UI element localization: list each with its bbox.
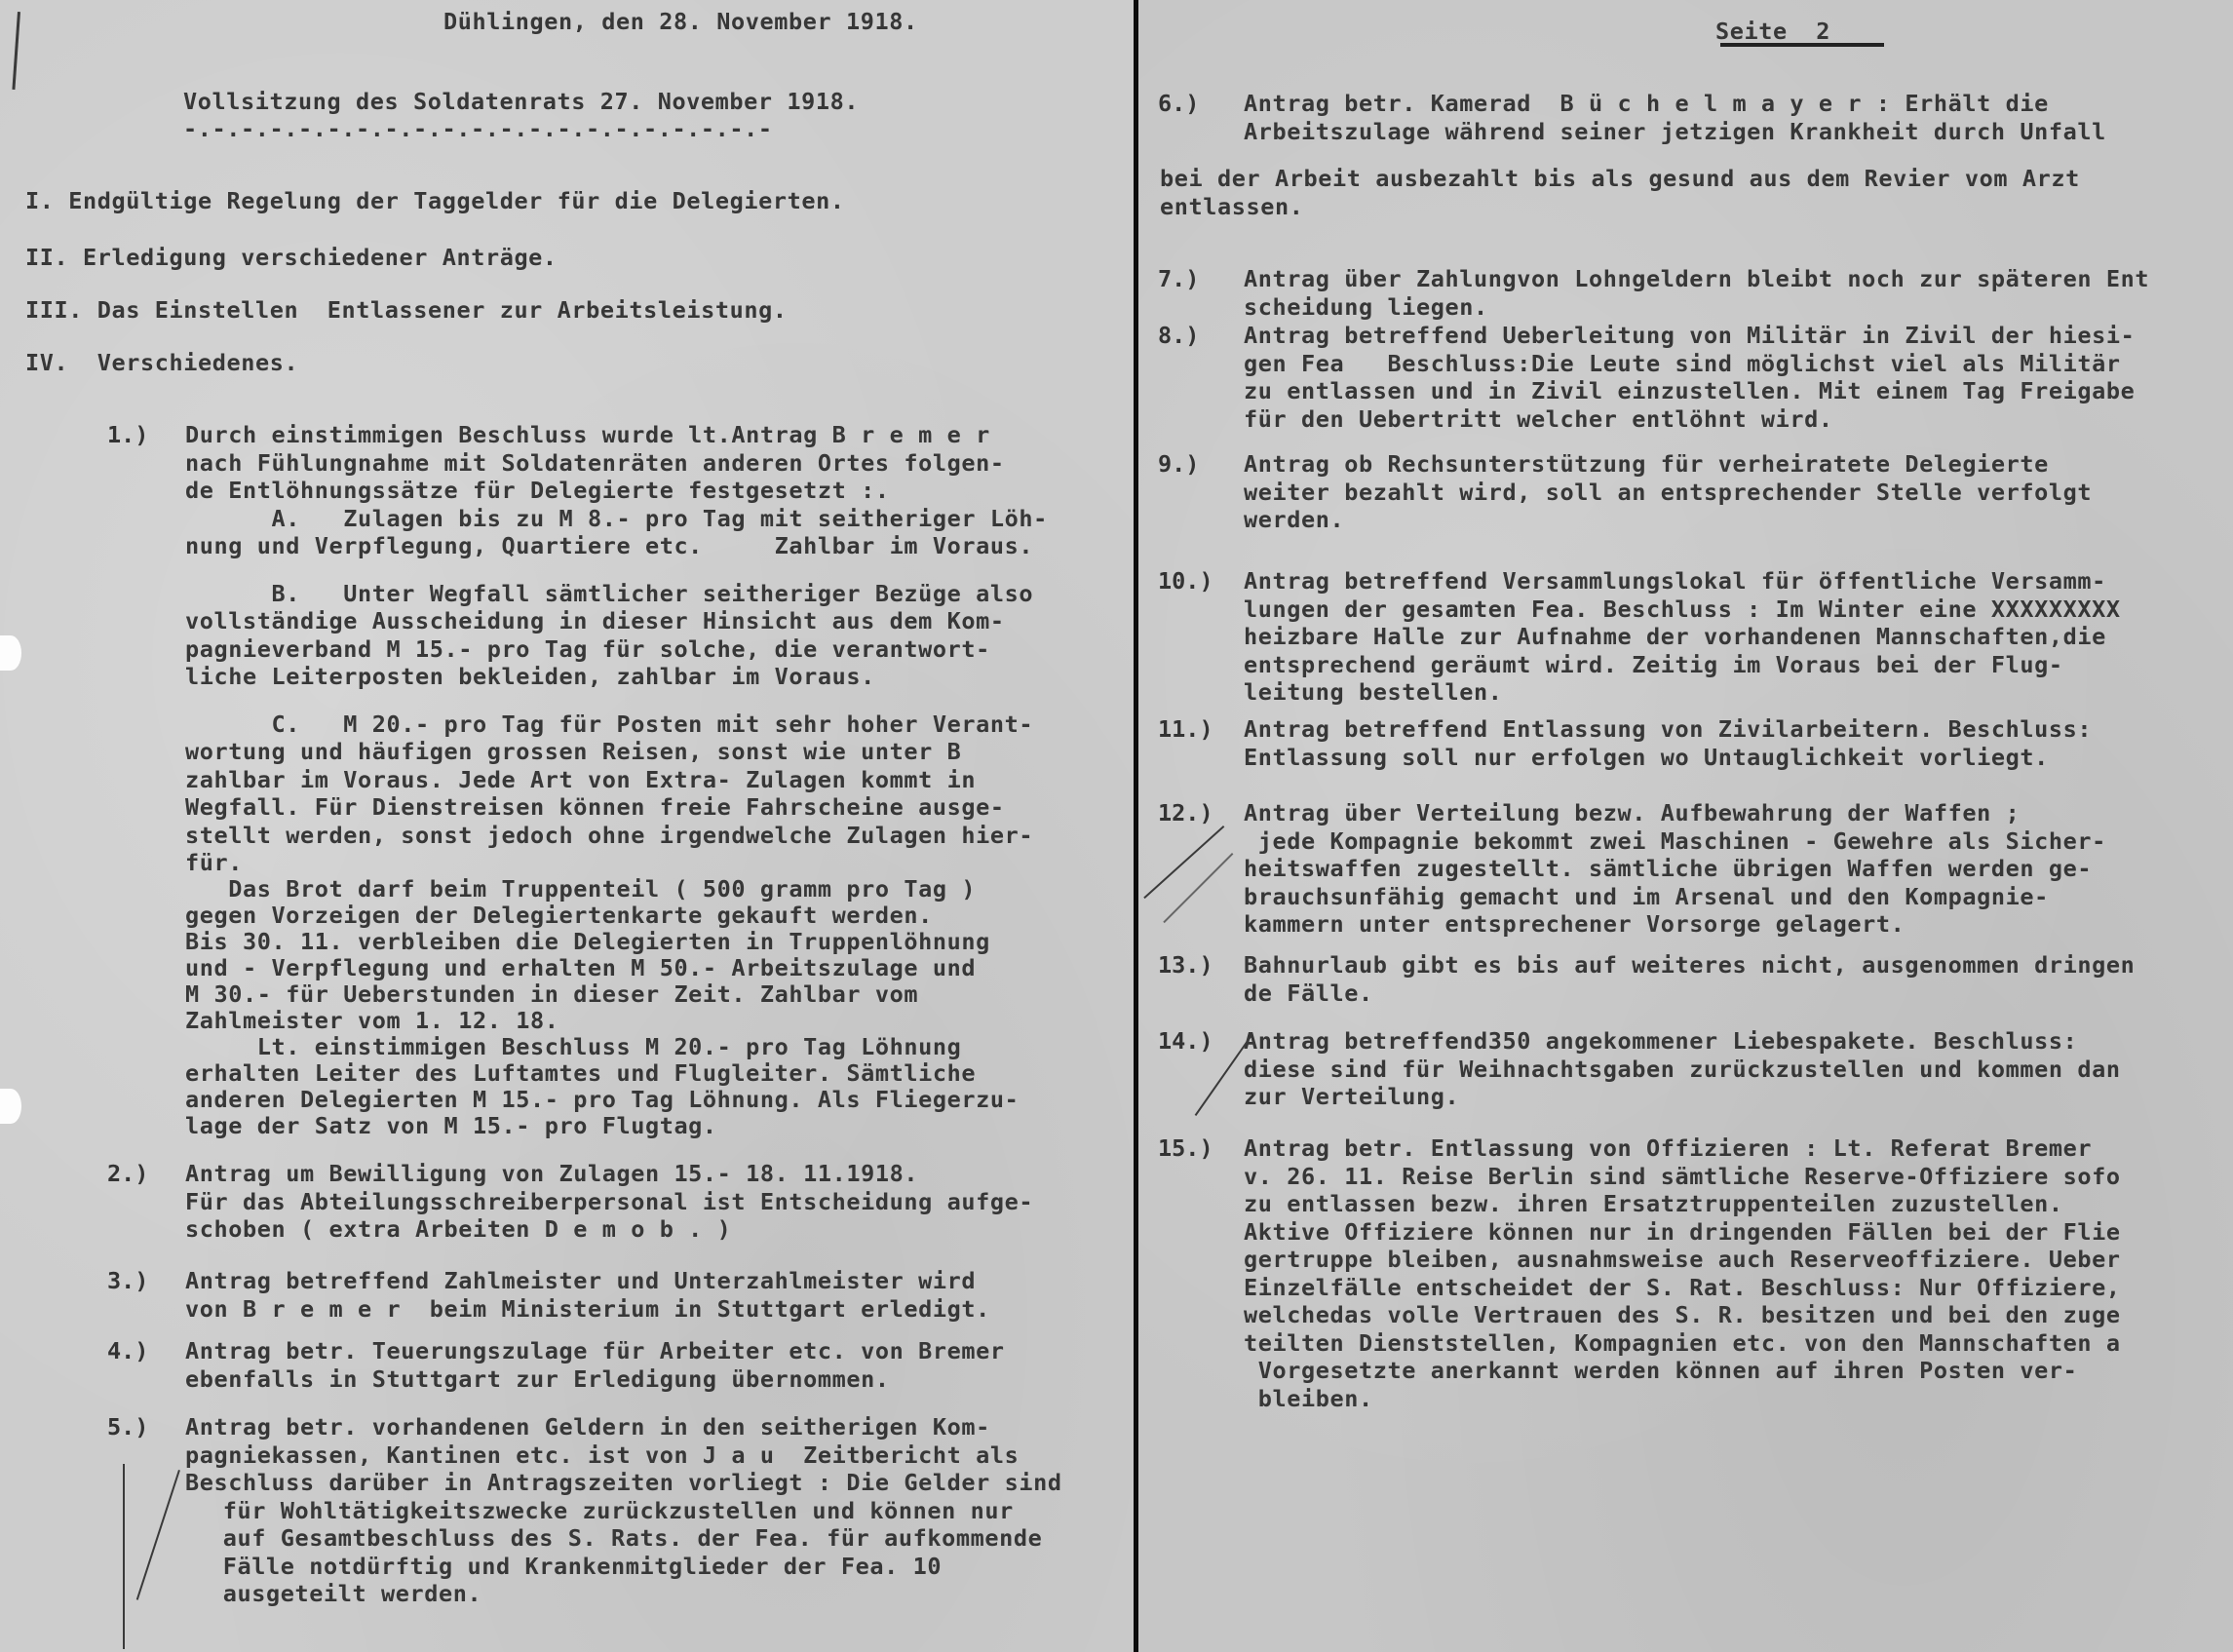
item-text-line: gertruppe bleiben, ausnahmsweise auch Re…: [1244, 1246, 2121, 1273]
item-text-line: gegen Vorzeigen der Delegiertenkarte gek…: [185, 902, 933, 929]
agenda-item: III. Das Einstellen Entlassener zur Arbe…: [25, 296, 788, 324]
item-number: 3.): [107, 1267, 148, 1294]
item-number: 6.): [1158, 90, 1199, 117]
item-text-line: schoben ( extra Arbeiten D e m o b . ): [185, 1215, 731, 1243]
item-text-line: Einzelfälle entscheidet der S. Rat. Besc…: [1244, 1274, 2121, 1301]
item-number: 9.): [1158, 450, 1199, 478]
item-number: 14.): [1158, 1027, 1213, 1055]
item-text-line: werden.: [1244, 506, 1344, 533]
item-text-line: anderen Delegierten M 15.- pro Tag Löhnu…: [185, 1086, 1019, 1113]
item-text-line: Antrag um Bewilligung von Zulagen 15.- 1…: [185, 1160, 918, 1187]
item-text-line: Antrag betreffend350 angekommener Liebes…: [1244, 1027, 2077, 1055]
item-text-line: heizbare Halle zur Aufnahme der vorhande…: [1244, 623, 2106, 650]
item-text-line: Antrag betr. vorhandenen Geldern in den …: [185, 1413, 990, 1441]
item-text-line: Antrag betreffend Entlassung von Zivilar…: [1244, 715, 2092, 743]
item-text-line: zu entlassen und in Zivil einzustellen. …: [1244, 377, 2135, 404]
item-text-line: de Entlöhnungssätze für Delegierte festg…: [185, 477, 890, 504]
margin-pen-mark: [136, 1470, 180, 1600]
margin-pen-mark: [12, 12, 20, 90]
item-text-line: von B r e m e r beim Ministerium in Stut…: [185, 1295, 990, 1323]
item-number: 1.): [107, 421, 148, 448]
item-text-line: gen Fea Beschluss:Die Leute sind möglich…: [1244, 350, 2121, 377]
item-text-line: Zahlmeister vom 1. 12. 18.: [185, 1007, 558, 1034]
title-rule: -.-.-.-.-.-.-.-.-.-.-.-.-.-.-.-.-.-.-.-.…: [183, 115, 773, 142]
item-text-line: Antrag über Zahlungvon Lohngeldern bleib…: [1244, 265, 2149, 292]
item-number: 12.): [1158, 799, 1213, 826]
item-text-line: B. Unter Wegfall sämtlicher seitheriger …: [185, 580, 1033, 607]
item-text-line: Wegfall. Für Dienstreisen können freie F…: [185, 793, 1005, 821]
item-text-line: Arbeitszulage während seiner jetzigen Kr…: [1244, 118, 2106, 145]
item-text-line: entsprechend geräumt wird. Zeitig im Vor…: [1244, 651, 2063, 678]
item-text-line: pagnieverband M 15.- pro Tag für solche,…: [185, 635, 990, 663]
item-number: 5.): [107, 1413, 148, 1441]
item-text-line: teilten Dienststellen, Kompagnien etc. v…: [1244, 1329, 2121, 1357]
item-text-line: Fälle notdürftig und Krankenmitglieder d…: [209, 1553, 942, 1580]
item-text-line: auf Gesamtbeschluss des S. Rats. der Fea…: [209, 1524, 1042, 1552]
document-page-1: Dühlingen, den 28. November 1918. Vollsi…: [0, 0, 1135, 1652]
page-number-label: Seite 2: [1715, 18, 1830, 45]
item-text-line: Antrag betr. Entlassung von Offizieren :…: [1244, 1134, 2092, 1162]
agenda-item: II. Erledigung verschiedener Anträge.: [25, 244, 558, 271]
item-number: 11.): [1158, 715, 1213, 743]
item-text-line: nung und Verpflegung, Quartiere etc. Zah…: [185, 532, 1033, 559]
item-text-line: jede Kompagnie bekommt zwei Maschinen - …: [1244, 827, 2106, 855]
agenda-item: IV. Verschiedenes.: [25, 349, 298, 376]
item-number: 2.): [107, 1160, 148, 1187]
item-text-line: heitswaffen zugestellt. sämtliche übrige…: [1244, 855, 2092, 882]
item-number: 7.): [1158, 265, 1199, 292]
page-label-underline: [1720, 43, 1884, 47]
item-text-line: Aktive Offiziere können nur in dringende…: [1244, 1218, 2121, 1246]
item-text-line: Antrag ob Rechsunterstützung für verheir…: [1244, 450, 2049, 478]
item-text-line: v. 26. 11. Reise Berlin sind sämtliche R…: [1244, 1163, 2121, 1190]
item-text-line: Bahnurlaub gibt es bis auf weiteres nich…: [1244, 951, 2135, 979]
item-text-line: Das Brot darf beim Truppenteil ( 500 gra…: [185, 875, 976, 903]
item-number: 10.): [1158, 567, 1213, 595]
item-text-line: Beschluss darüber in Antragszeiten vorli…: [185, 1469, 1062, 1496]
item-text-line: Vorgesetzte anerkannt werden können auf …: [1244, 1357, 2077, 1384]
item-text-line: Antrag betreffend Zahlmeister und Unterz…: [185, 1267, 976, 1294]
item-text-line: bleiben.: [1244, 1385, 1373, 1412]
item-text-line: lungen der gesamten Fea. Beschluss : Im …: [1244, 595, 2121, 623]
item-text-line: erhalten Leiter des Luftamtes und Flugle…: [185, 1059, 976, 1087]
item-number: 4.): [107, 1337, 148, 1364]
item-text-line: Lt. einstimmigen Beschluss M 20.- pro Ta…: [185, 1033, 961, 1060]
item-text-line: für Wohltätigkeitszwecke zurückzustellen…: [209, 1497, 1014, 1524]
item-number: 8.): [1158, 322, 1199, 349]
item-text-line: diese sind für Weihnachtsgaben zurückzus…: [1244, 1056, 2121, 1083]
item-text-line: zu entlassen bezw. ihren Ersatztruppente…: [1244, 1190, 2063, 1217]
item-text-line: entlassen.: [1160, 193, 1303, 220]
item-text-line: stellt werden, sonst jedoch ohne irgendw…: [185, 822, 1033, 849]
item-text-line: pagniekassen, Kantinen etc. ist von J a …: [185, 1441, 1019, 1469]
item-text-line: für.: [185, 849, 243, 876]
item-text-line: M 30.- für Ueberstunden in dieser Zeit. …: [185, 980, 918, 1008]
item-text-line: scheidung liegen.: [1244, 293, 1488, 321]
item-text-line: leitung bestellen.: [1244, 678, 1502, 706]
document-page-2: Seite 2 6.)Antrag betr. Kamerad B ü c h …: [1138, 0, 2233, 1652]
punch-hole: [0, 635, 21, 671]
margin-pen-mark: [1163, 853, 1233, 923]
item-text-line: welchedas volle Vertrauen des S. R. besi…: [1244, 1301, 2121, 1328]
punch-hole: [0, 1089, 21, 1124]
item-text-line: zahlbar im Voraus. Jede Art von Extra- Z…: [185, 766, 976, 793]
item-text-line: lage der Satz von M 15.- pro Flugtag.: [185, 1112, 717, 1139]
item-text-line: weiter bezahlt wird, soll an entsprechen…: [1244, 479, 2092, 506]
item-text-line: Durch einstimmigen Beschluss wurde lt.An…: [185, 421, 990, 448]
item-text-line: und - Verpflegung und erhalten M 50.- Ar…: [185, 954, 976, 981]
dateline: Dühlingen, den 28. November 1918.: [443, 8, 918, 35]
item-number: 13.): [1158, 951, 1213, 979]
item-text-line: Antrag betreffend Ueberleitung von Milit…: [1244, 322, 2135, 349]
agenda-item: I. Endgültige Regelung der Taggelder für…: [25, 187, 845, 214]
item-text-line: brauchsunfähig gemacht und im Arsenal un…: [1244, 883, 2049, 910]
item-text-line: A. Zulagen bis zu M 8.- pro Tag mit seit…: [185, 505, 1048, 532]
item-text-line: ebenfalls in Stuttgart zur Erledigung üb…: [185, 1365, 890, 1393]
item-text-line: vollständige Ausscheidung in dieser Hins…: [185, 607, 1005, 634]
item-text-line: Antrag betreffend Versammlungslokal für …: [1244, 567, 2106, 595]
item-text-line: Bis 30. 11. verbleiben die Delegierten i…: [185, 928, 990, 955]
margin-pen-mark: [123, 1464, 125, 1649]
item-number: 15.): [1158, 1134, 1213, 1162]
margin-pen-mark: [1143, 826, 1224, 899]
item-text-line: C. M 20.- pro Tag für Posten mit sehr ho…: [185, 711, 1033, 738]
item-text-line: liche Leiterposten bekleiden, zahlbar im…: [185, 663, 875, 690]
item-text-line: für den Uebertritt welcher entlöhnt wird…: [1244, 405, 1833, 433]
item-text-line: bei der Arbeit ausbezahlt bis als gesund…: [1160, 165, 2080, 192]
item-text-line: nach Fühlungnahme mit Soldatenräten ande…: [185, 449, 1005, 477]
item-text-line: Für das Abteilungsschreiberpersonal ist …: [185, 1188, 1033, 1215]
item-text-line: Antrag über Verteilung bezw. Aufbewahrun…: [1244, 799, 2020, 826]
document-title: Vollsitzung des Soldatenrats 27. Novembe…: [183, 88, 859, 115]
item-text-line: kammern unter entsprechener Vorsorge gel…: [1244, 910, 1905, 938]
item-text-line: wortung und häufigen grossen Reisen, son…: [185, 738, 961, 765]
item-text-line: de Fälle.: [1244, 980, 1373, 1007]
item-text-line: ausgeteilt werden.: [209, 1580, 481, 1607]
item-text-line: Antrag betr. Teuerungszulage für Arbeite…: [185, 1337, 1005, 1364]
item-text-line: Antrag betr. Kamerad B ü c h e l m a y e…: [1244, 90, 2049, 117]
item-text-line: zur Verteilung.: [1244, 1083, 1459, 1110]
item-text-line: Entlassung soll nur erfolgen wo Untaugli…: [1244, 744, 2049, 771]
